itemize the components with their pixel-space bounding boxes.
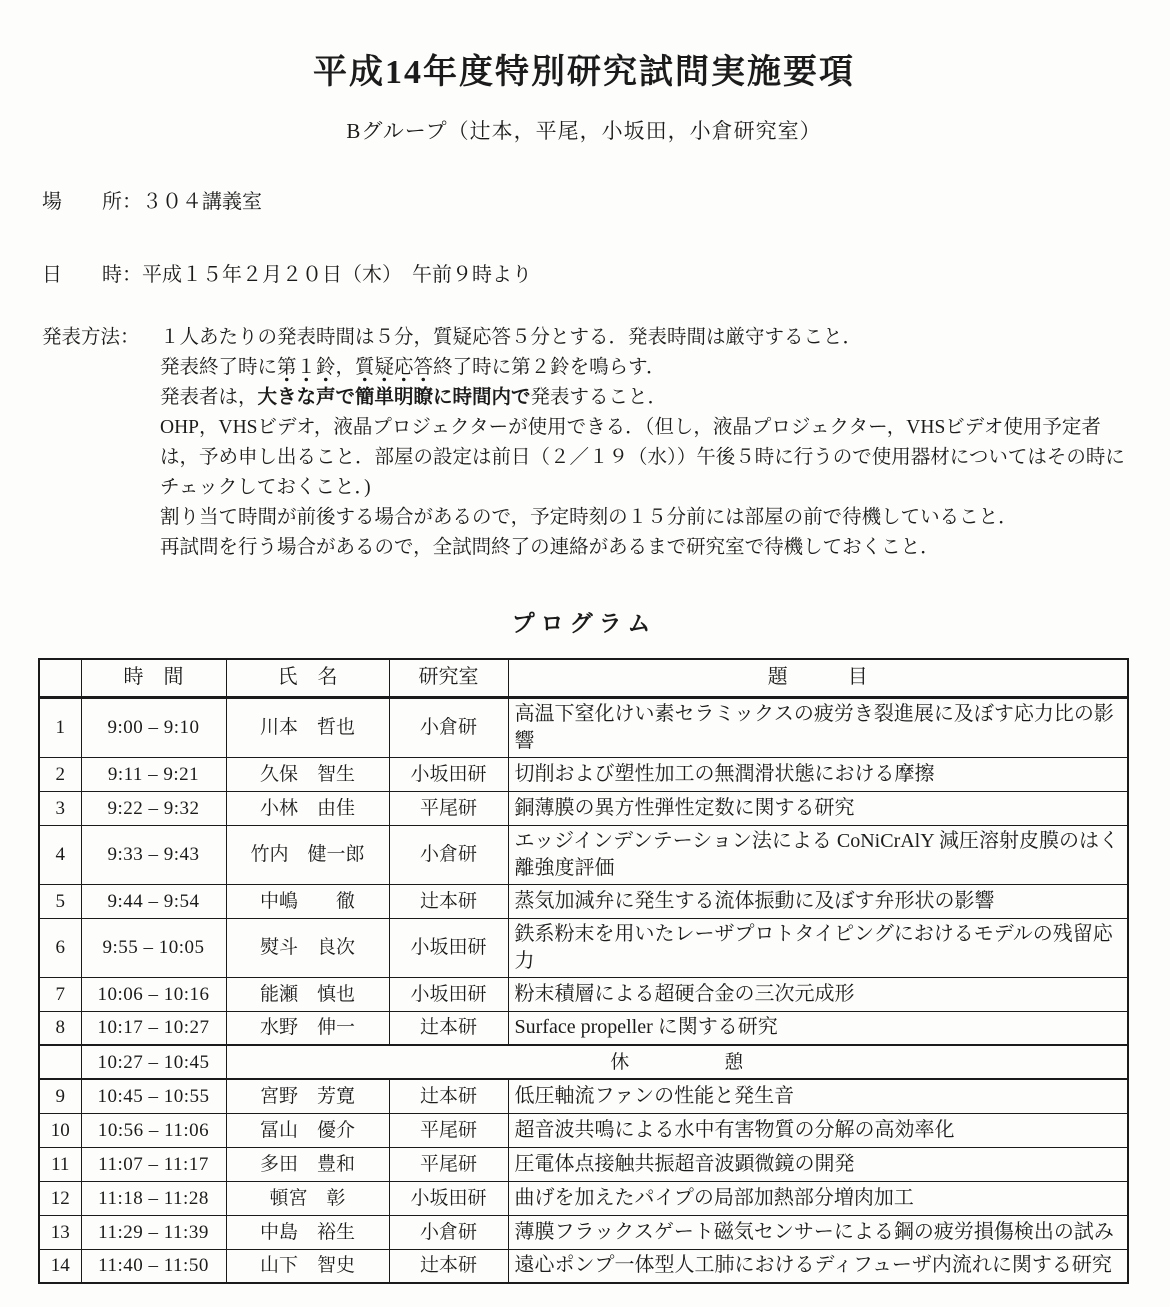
- method-line: 発表者は，大きな声で簡単明瞭に時間内で発表すること．: [160, 383, 1126, 413]
- cell-time: 10:56 – 11:06: [81, 1113, 226, 1147]
- cell-title: 粉末積層による超硬合金の三次元成形: [508, 977, 1128, 1011]
- cell-time: 9:22 – 9:32: [81, 791, 226, 825]
- cell-name: 中島 裕生: [226, 1215, 389, 1249]
- cell-number: 3: [39, 791, 81, 825]
- cell-lab: 小坂田研: [389, 977, 508, 1011]
- table-row: 59:44 – 9:54中嶋 徹辻本研蒸気加減弁に発生する流体振動に及ぼす弁形状…: [39, 884, 1128, 918]
- table-row: 29:11 – 9:21久保 智生小坂田研切削および塑性加工の無潤滑状態における…: [39, 757, 1128, 791]
- cell-number: 12: [39, 1181, 81, 1215]
- cell-number: 8: [39, 1011, 81, 1045]
- table-row: 1311:29 – 11:39中島 裕生小倉研薄膜フラックスゲート磁気センサーに…: [39, 1215, 1128, 1249]
- method-line: １人あたりの発表時間は５分，質疑応答５分とする．発表時間は厳守すること．: [160, 323, 1126, 353]
- method-text-segment: 第１鈴: [277, 357, 336, 383]
- cell-name: 多田 豊和: [226, 1147, 389, 1181]
- cell-lab: 小坂田研: [389, 918, 508, 977]
- cell-title: 遠心ポンプ一体型人工肺におけるディフューザ内流れに関する研究: [508, 1249, 1128, 1283]
- info-section: 場 所：３０４講義室 日 時：平成１５年２月２０日（木） 午前９時より: [42, 185, 1126, 287]
- table-row: 19:00 – 9:10川本 哲也小倉研高温下窒化けい素セラミックスの疲労き裂進…: [39, 697, 1128, 757]
- cell-number: 6: [39, 918, 81, 977]
- cell-title: 超音波共鳴による水中有害物質の分解の高効率化: [508, 1113, 1128, 1147]
- method-text-segment: 質疑応答: [355, 357, 433, 383]
- cell-lab: 小倉研: [389, 1215, 508, 1249]
- cell-time: 10:17 – 10:27: [81, 1011, 226, 1045]
- cell-name: 川本 哲也: [226, 697, 389, 757]
- method-lines: １人あたりの発表時間は５分，質疑応答５分とする．発表時間は厳守すること．発表終了…: [160, 323, 1126, 563]
- cell-number: 9: [39, 1079, 81, 1113]
- cell-title: 高温下窒化けい素セラミックスの疲労き裂進展に及ぼす応力比の影響: [508, 697, 1128, 757]
- cell-time: 9:33 – 9:43: [81, 825, 226, 884]
- cell-name: 中嶋 徹: [226, 884, 389, 918]
- table-row: 1010:56 – 11:06冨山 優介平尾研超音波共鳴による水中有害物質の分解…: [39, 1113, 1128, 1147]
- method-line: OHP，VHSビデオ，液晶プロジェクターが使用できる．（但し，液晶プロジェクター…: [160, 413, 1126, 503]
- cell-title: 薄膜フラックスゲート磁気センサーによる鋼の疲労損傷検出の試み: [508, 1215, 1128, 1249]
- table-row: 39:22 – 9:32小林 由佳平尾研銅薄膜の異方性弾性定数に関する研究: [39, 791, 1128, 825]
- cell-lab: 平尾研: [389, 1113, 508, 1147]
- method-text-segment: 割り当て時間が前後する場合があるので，予定時刻の１５分前には部屋の前で待機してい…: [160, 507, 1018, 528]
- table-row: 1111:07 – 11:17多田 豊和平尾研圧電体点接触共振超音波顕微鏡の開発: [39, 1147, 1128, 1181]
- method-text-segment: 大きな声で簡単明瞭に時間内で: [258, 387, 531, 408]
- program-table: 時 間 氏 名 研究室 題 目 19:00 – 9:10川本 哲也小倉研高温下窒…: [38, 658, 1129, 1284]
- cell-lab: 辻本研: [389, 1011, 508, 1045]
- program-heading: プログラム: [42, 605, 1126, 638]
- cell-name: 小林 由佳: [226, 791, 389, 825]
- place-value: ３０４講義室: [142, 191, 262, 213]
- table-header-row: 時 間 氏 名 研究室 題 目: [39, 659, 1128, 697]
- table-row: 710:06 – 10:16能瀬 慎也小坂田研粉末積層による超硬合金の三次元成形: [39, 977, 1128, 1011]
- datetime-label: 日 時：: [42, 264, 142, 286]
- cell-lab: 辻本研: [389, 1079, 508, 1113]
- cell-number: 13: [39, 1215, 81, 1249]
- cell-name: 山下 智史: [226, 1249, 389, 1283]
- cell-title: Surface propeller に関する研究: [508, 1011, 1128, 1045]
- cell-name: 頓宮 彰: [226, 1181, 389, 1215]
- document-title: 平成14年度特別研究試問実施要項: [42, 44, 1126, 93]
- cell-name: 水野 伸一: [226, 1011, 389, 1045]
- cell-lab: 平尾研: [389, 1147, 508, 1181]
- cell-title: 蒸気加減弁に発生する流体振動に及ぼす弁形状の影響: [508, 884, 1128, 918]
- cell-time: 9:11 – 9:21: [81, 757, 226, 791]
- cell-number: 2: [39, 757, 81, 791]
- cell-lab: 辻本研: [389, 1249, 508, 1283]
- cell-name: 冨山 優介: [226, 1113, 389, 1147]
- cell-time: 10:27 – 10:45: [81, 1045, 226, 1079]
- cell-title: 鉄系粉末を用いたレーザプロトタイピングにおけるモデルの残留応力: [508, 918, 1128, 977]
- header-title: 題 目: [508, 659, 1128, 697]
- cell-number: 5: [39, 884, 81, 918]
- method-line: 割り当て時間が前後する場合があるので，予定時刻の１５分前には部屋の前で待機してい…: [160, 503, 1126, 533]
- cell-number: 1: [39, 697, 81, 757]
- cell-number: 14: [39, 1249, 81, 1283]
- method-text-segment: ，: [336, 357, 356, 378]
- cell-break-label: 休 憩: [226, 1045, 1128, 1079]
- cell-time: 11:07 – 11:17: [81, 1147, 226, 1181]
- method-text-segment: OHP，VHSビデオ，液晶プロジェクターが使用できる．（但し，液晶プロジェクター…: [160, 417, 1125, 498]
- cell-name: 熨斗 良次: [226, 918, 389, 977]
- header-number: [39, 659, 81, 697]
- cell-lab: 小倉研: [389, 697, 508, 757]
- cell-time: 10:45 – 10:55: [81, 1079, 226, 1113]
- cell-name: 竹内 健一郎: [226, 825, 389, 884]
- method-text-segment: １人あたりの発表時間は５分，質疑応答５分とする．発表時間は厳守すること．: [160, 327, 862, 348]
- cell-number: 4: [39, 825, 81, 884]
- cell-lab: 小倉研: [389, 825, 508, 884]
- method-text-segment: 終了時に第２鈴を鳴らす．: [433, 357, 665, 378]
- cell-title: 圧電体点接触共振超音波顕微鏡の開発: [508, 1147, 1128, 1181]
- cell-number: 10: [39, 1113, 81, 1147]
- cell-title: 切削および塑性加工の無潤滑状態における摩擦: [508, 757, 1128, 791]
- table-row: 1411:40 – 11:50山下 智史辻本研遠心ポンプ一体型人工肺におけるディ…: [39, 1249, 1128, 1283]
- cell-lab: 辻本研: [389, 884, 508, 918]
- table-row: 910:45 – 10:55宮野 芳寛辻本研低圧軸流ファンの性能と発生音: [39, 1079, 1128, 1113]
- cell-name: 宮野 芳寛: [226, 1079, 389, 1113]
- method-line: 再試問を行う場合があるので，全試問終了の連絡があるまで研究室で待機しておくこと．: [160, 533, 1126, 563]
- method-section: 発表方法： １人あたりの発表時間は５分，質疑応答５分とする．発表時間は厳守するこ…: [42, 323, 1126, 563]
- cell-time: 11:18 – 11:28: [81, 1181, 226, 1215]
- document-page: 平成14年度特別研究試問実施要項 Bグループ（辻本，平尾，小坂田，小倉研究室） …: [0, 0, 1170, 1307]
- cell-lab: 小坂田研: [389, 757, 508, 791]
- cell-time: 9:00 – 9:10: [81, 697, 226, 757]
- method-text-segment: 再試問を行う場合があるので，全試問終了の連絡があるまで研究室で待機しておくこと．: [160, 537, 940, 558]
- header-time: 時 間: [81, 659, 226, 697]
- program-table-body: 19:00 – 9:10川本 哲也小倉研高温下窒化けい素セラミックスの疲労き裂進…: [39, 697, 1128, 1283]
- header-lab: 研究室: [389, 659, 508, 697]
- cell-time: 9:55 – 10:05: [81, 918, 226, 977]
- document-subtitle: Bグループ（辻本，平尾，小坂田，小倉研究室）: [42, 115, 1126, 145]
- header-name: 氏 名: [226, 659, 389, 697]
- method-text-segment: 発表終了時に: [160, 357, 277, 378]
- cell-title: 低圧軸流ファンの性能と発生音: [508, 1079, 1128, 1113]
- cell-number: 7: [39, 977, 81, 1011]
- cell-time: 10:06 – 10:16: [81, 977, 226, 1011]
- table-row: 1211:18 – 11:28頓宮 彰小坂田研曲げを加えたパイプの局部加熱部分増…: [39, 1181, 1128, 1215]
- place-label: 場 所：: [42, 191, 142, 213]
- cell-number: [39, 1045, 81, 1079]
- datetime-value: 平成１５年２月２０日（木） 午前９時より: [142, 264, 532, 286]
- break-row: 10:27 – 10:45休 憩: [39, 1045, 1128, 1079]
- method-line: 発表終了時に第１鈴，質疑応答終了時に第２鈴を鳴らす．: [160, 353, 1126, 383]
- cell-time: 9:44 – 9:54: [81, 884, 226, 918]
- datetime-row: 日 時：平成１５年２月２０日（木） 午前９時より: [42, 258, 1126, 287]
- cell-title: エッジインデンテーション法による CoNiCrAlY 減圧溶射皮膜のはく離強度評…: [508, 825, 1128, 884]
- table-row: 49:33 – 9:43竹内 健一郎小倉研エッジインデンテーション法による Co…: [39, 825, 1128, 884]
- place-row: 場 所：３０４講義室: [42, 185, 1126, 214]
- table-row: 810:17 – 10:27水野 伸一辻本研Surface propeller …: [39, 1011, 1128, 1045]
- cell-number: 11: [39, 1147, 81, 1181]
- cell-name: 能瀬 慎也: [226, 977, 389, 1011]
- table-row: 69:55 – 10:05熨斗 良次小坂田研鉄系粉末を用いたレーザプロトタイピン…: [39, 918, 1128, 977]
- cell-lab: 平尾研: [389, 791, 508, 825]
- cell-time: 11:40 – 11:50: [81, 1249, 226, 1283]
- cell-lab: 小坂田研: [389, 1181, 508, 1215]
- method-text-segment: 発表すること．: [531, 387, 668, 408]
- cell-name: 久保 智生: [226, 757, 389, 791]
- cell-time: 11:29 – 11:39: [81, 1215, 226, 1249]
- method-label: 発表方法：: [42, 323, 160, 563]
- cell-title: 銅薄膜の異方性弾性定数に関する研究: [508, 791, 1128, 825]
- method-text-segment: 発表者は，: [160, 387, 258, 408]
- cell-title: 曲げを加えたパイプの局部加熱部分増肉加工: [508, 1181, 1128, 1215]
